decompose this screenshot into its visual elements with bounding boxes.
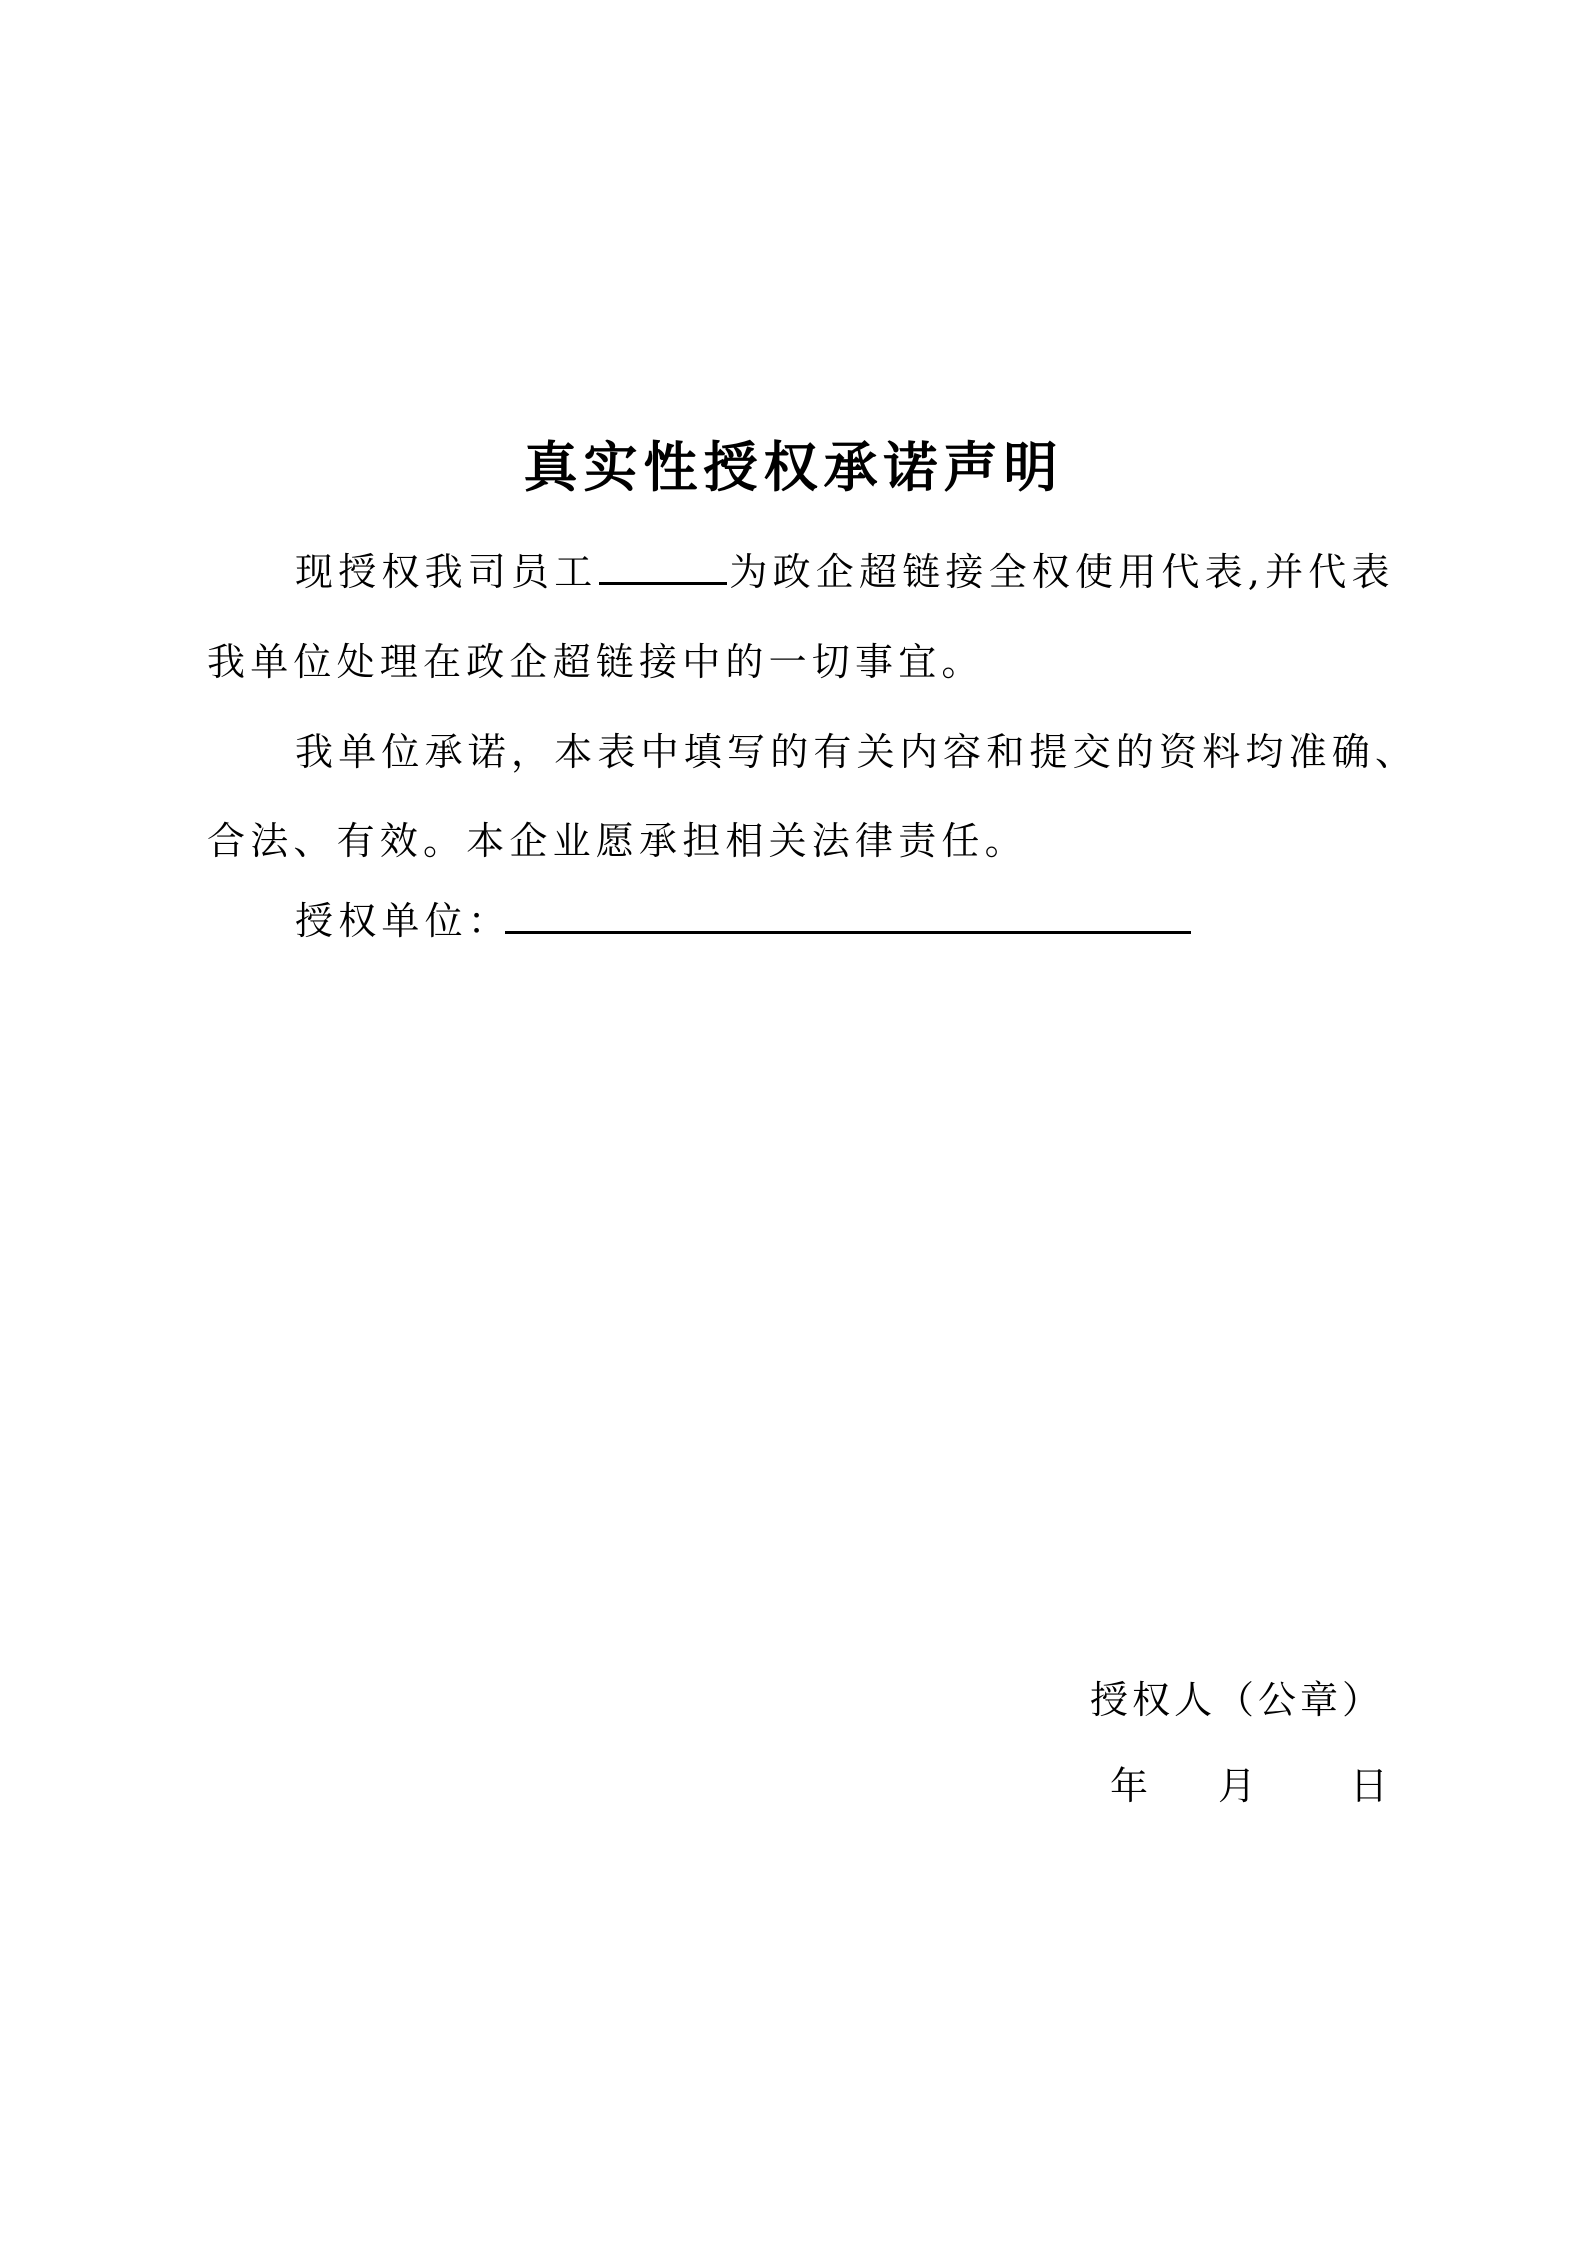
paragraph2-line1: 我单位承诺，本表中填写的有关内容和提交的资料均准确、	[295, 728, 1418, 776]
paragraph2-line2: 合法、有效。本企业愿承担相关法律责任。	[207, 817, 1028, 865]
paragraph1-line1-before: 现授权我司员工	[295, 550, 597, 594]
date-month: 月	[1218, 1762, 1256, 1810]
employee-name-blank[interactable]	[599, 552, 727, 585]
paragraph1-line1-after: 为政企超链接全权使用代表,并代表	[729, 550, 1394, 594]
document-title: 真实性授权承诺声明	[0, 432, 1587, 502]
authorized-unit-label: 授权单位：	[295, 897, 511, 945]
paragraph1-line2: 我单位处理在政企超链接中的一切事宜。	[207, 638, 985, 686]
date-day: 日	[1350, 1762, 1388, 1810]
paragraph1-line1: 现授权我司员工为政企超链接全权使用代表,并代表	[295, 548, 1395, 596]
document-page: 真实性授权承诺声明 现授权我司员工为政企超链接全权使用代表,并代表 我单位处理在…	[0, 0, 1587, 2245]
authorized-unit-blank[interactable]	[505, 931, 1191, 934]
date-year: 年	[1110, 1762, 1148, 1810]
signature-label: 授权人（公章）	[1090, 1676, 1384, 1724]
